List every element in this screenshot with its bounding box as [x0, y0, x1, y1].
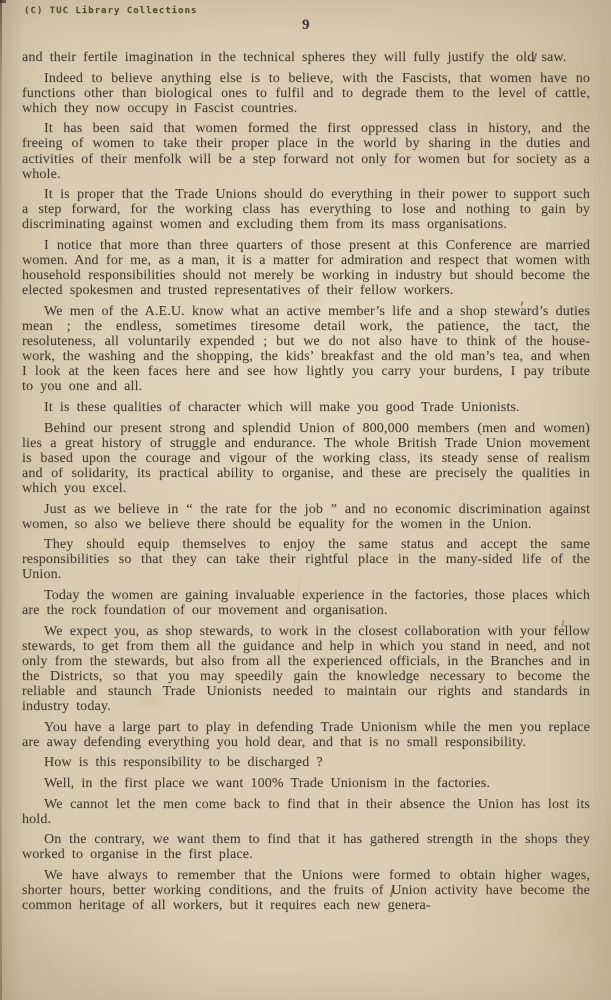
- paragraph: It has been said that women formed the f…: [22, 121, 590, 181]
- paper-stain: [300, 290, 326, 308]
- paragraph: How is this responsibility to be dischar…: [22, 755, 590, 770]
- paragraph: I notice that more than three quarters o…: [22, 238, 590, 298]
- paragraph: It is these qualities of character which…: [22, 400, 590, 415]
- scan-corner-artifact: [0, 0, 6, 3]
- paragraph: You have a large part to play in defendi…: [22, 720, 590, 750]
- paragraph: Well, in the first place we want 100% Tr…: [22, 776, 590, 791]
- paragraph: It is proper that the Trade Unions shoul…: [22, 187, 590, 232]
- paragraph: Indeed to believe anything else is to be…: [22, 71, 590, 116]
- page-number: 9: [22, 17, 590, 34]
- paragraph: We men of the A.E.U. know what an active…: [22, 304, 590, 395]
- paragraph: Just as we believe in “ the rate for the…: [22, 502, 590, 532]
- scanned-document-page: (C) TUC Library Collections 9 and their …: [0, 0, 611, 1000]
- page-left-edge-shadow: [0, 0, 2, 1000]
- paragraph: We cannot let the men come back to find …: [22, 797, 590, 827]
- document-body: and their fertile imagination in the tec…: [22, 50, 590, 919]
- paragraph: They should equip themselves to enjoy th…: [22, 537, 590, 582]
- paragraph: On the contrary, we want them to find th…: [22, 832, 590, 862]
- paragraph: We have always to remember that the Unio…: [22, 868, 590, 913]
- paragraph: and their fertile imagination in the tec…: [22, 50, 590, 65]
- paragraph: Today the women are gaining invaluable e…: [22, 588, 590, 618]
- paragraph: We expect you, as shop stewards, to work…: [22, 624, 590, 715]
- copyright-watermark: (C) TUC Library Collections: [24, 6, 197, 16]
- paragraph: Behind our present strong and splendid U…: [22, 421, 590, 496]
- paper-stain: [130, 690, 170, 712]
